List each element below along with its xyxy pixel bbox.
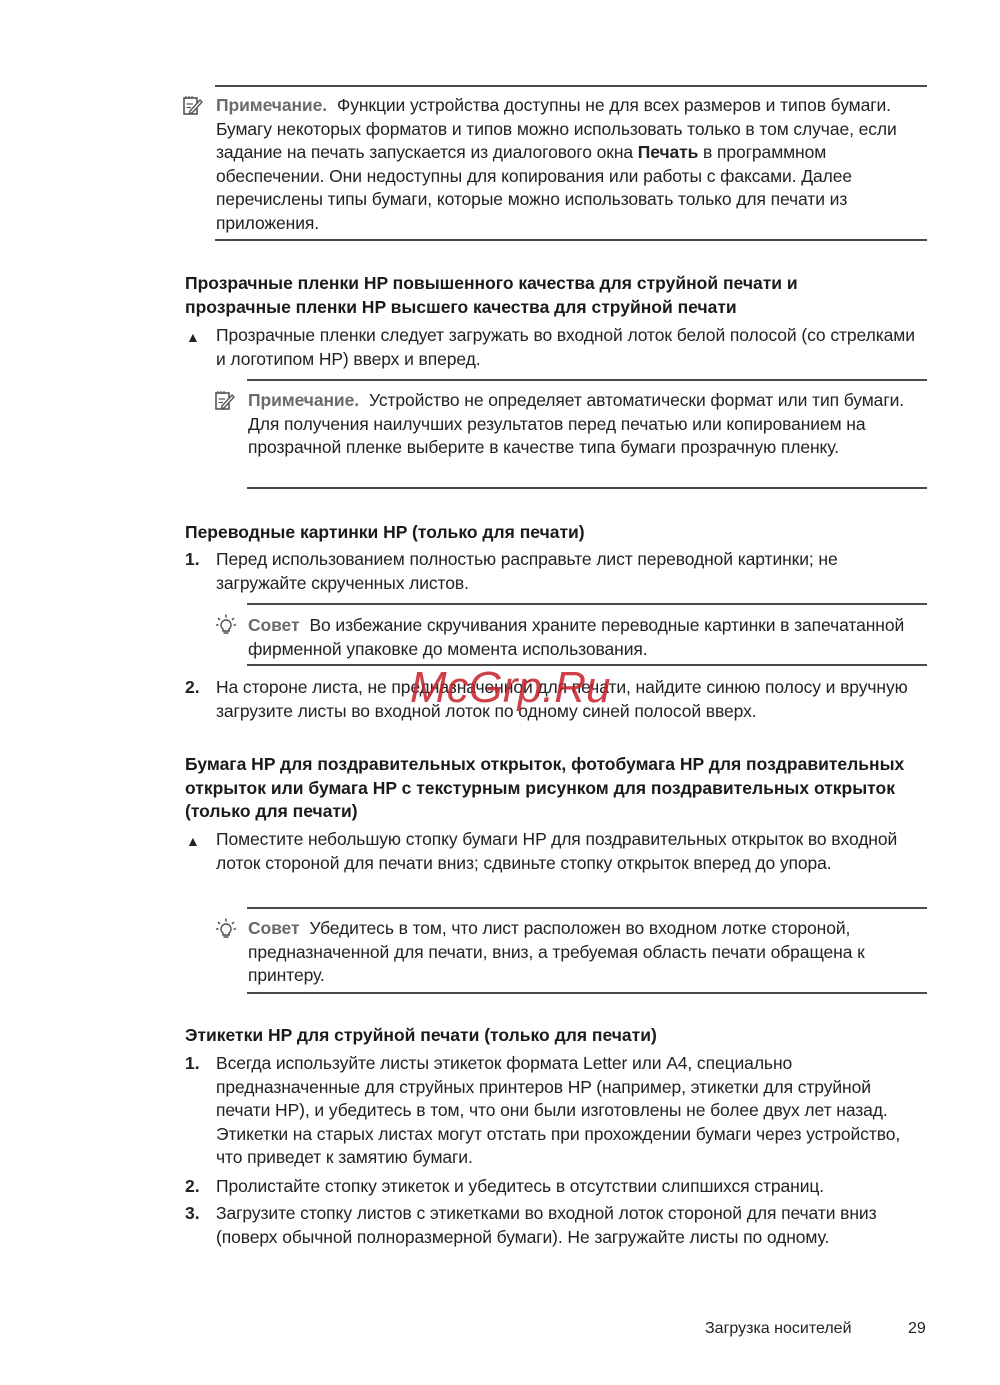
- section-heading-iron-on: Переводные картинки HP (только для печат…: [185, 521, 905, 545]
- note-paper-support: Примечание.Функции устройства доступны н…: [216, 94, 931, 236]
- tip-label: Совет: [248, 615, 299, 635]
- document-page: Примечание.Функции устройства доступны н…: [0, 0, 1000, 1385]
- step-number: 1.: [185, 548, 200, 572]
- lightbulb-icon: [215, 918, 237, 940]
- tip-label: Совет: [248, 918, 299, 938]
- section-heading-greeting-cards: Бумага HP для поздравительных открыток, …: [185, 753, 905, 824]
- tip-orientation: СоветУбедитесь в том, что лист расположе…: [248, 917, 930, 988]
- section-heading-labels: Этикетки HP для струйной печати (только …: [185, 1024, 905, 1048]
- bullet-text: Прозрачные пленки следует загружать во в…: [216, 324, 928, 371]
- section-heading-transparencies: Прозрачные пленки HP повышенного качеств…: [185, 272, 905, 319]
- step-number: 3.: [185, 1202, 200, 1226]
- bullet-text: Поместите небольшую стопку бумаги HP для…: [216, 828, 928, 875]
- step-text: Загрузите стопку листов с этикетками во …: [216, 1202, 928, 1249]
- step-text: Пролистайте стопку этикеток и убедитесь …: [216, 1175, 928, 1199]
- note-bottom-rule: [247, 487, 927, 489]
- lightbulb-icon: [215, 614, 237, 636]
- note-top-rule: [215, 85, 927, 87]
- print-dialog-name: Печать: [638, 142, 699, 162]
- bullet-triangle-icon: ▲: [186, 830, 200, 854]
- step-number: 2.: [185, 676, 200, 700]
- bullet-triangle-icon: ▲: [186, 326, 200, 350]
- note-label: Примечание.: [216, 95, 327, 115]
- tip-bottom-rule: [247, 992, 927, 994]
- step-text: Всегда используйте листы этикеток формат…: [216, 1052, 928, 1170]
- page-number: 29: [908, 1320, 926, 1338]
- tip-top-rule: [247, 603, 927, 605]
- tip-top-rule: [247, 907, 927, 909]
- note-pencil-icon: [214, 389, 236, 411]
- step-text: Перед использованием полностью расправьт…: [216, 548, 928, 595]
- step-number: 1.: [185, 1052, 200, 1076]
- tip-storage: СоветВо избежание скручивания храните пе…: [248, 614, 930, 661]
- note-pencil-icon: [182, 94, 204, 116]
- watermark: McGrp.Ru: [410, 666, 610, 710]
- note-transparency-type: Примечание.Устройство не определяет авто…: [248, 389, 930, 460]
- note-bottom-rule: [215, 239, 927, 241]
- step-number: 2.: [185, 1175, 200, 1199]
- note-label: Примечание.: [248, 390, 359, 410]
- footer-section-title: Загрузка носителей: [705, 1320, 852, 1338]
- note-top-rule: [247, 379, 927, 381]
